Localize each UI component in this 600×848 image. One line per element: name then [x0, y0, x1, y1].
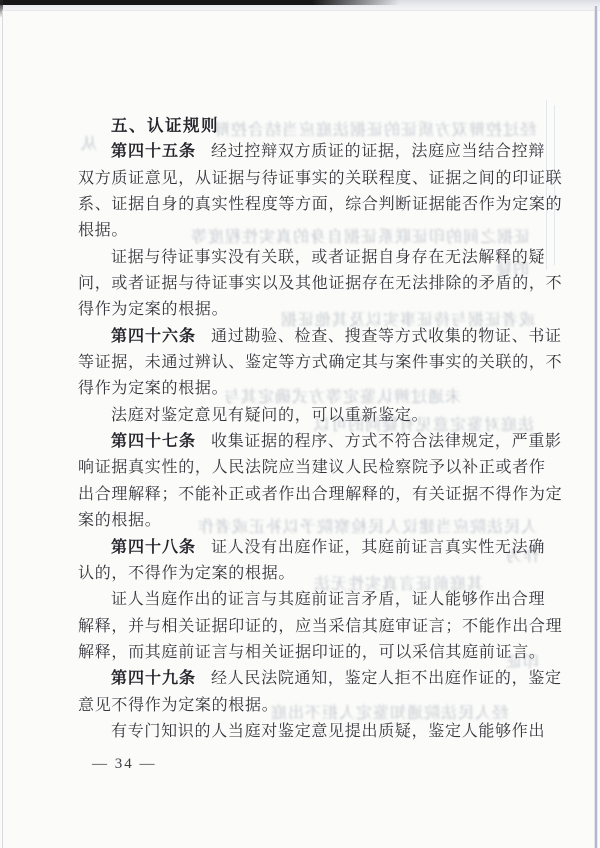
text-line: 得作为定案的根据。 — [78, 376, 536, 402]
text-line: 问，或者证据与待证事实以及其他证据存在无法排除的矛盾的，不 — [78, 271, 536, 297]
text-line: 第四十七条收集证据的程序、方式不符合法律规定，严重影 — [78, 429, 536, 455]
scanned-document-page: 经过控辩双方质证的证据法庭应当结合控辩 从 证据之间的印证联系证据自身的真实性程… — [0, 0, 600, 848]
page-left-edge-line — [2, 10, 3, 848]
text-line: 第四十六条通过勘验、检查、搜查等方式收集的物证、书证 — [78, 324, 536, 350]
text-line: 系、证据自身的真实性程度等方面，综合判断证据能否作为定案的 — [78, 192, 536, 218]
page-number: — 34 — — [92, 756, 157, 773]
text-line: 解释，而其庭前证言与相关证据印证的，可以采信其庭前证言。 — [78, 640, 536, 666]
line-text: 问，或者证据与待证事实以及其他证据存在无法排除的矛盾的，不 — [78, 275, 562, 292]
line-text: 收集证据的程序、方式不符合法律规定，严重影 — [211, 433, 562, 450]
line-text: 得作为定案的根据。 — [78, 380, 228, 397]
text-line: 证人当庭作出的证言与其庭前证言矛盾，证人能够作出合理 — [78, 587, 536, 613]
line-text: 有专门知识的人当庭对鉴定意见提出质疑，鉴定人能够作出 — [111, 723, 545, 740]
line-text: 得作为定案的根据。 — [78, 301, 228, 318]
text-line: 法庭对鉴定意见有疑问的，可以重新鉴定。 — [78, 403, 536, 429]
text-line: 等证据，未通过辨认、鉴定等方式确定其与案件事实的关联的，不 — [78, 350, 536, 376]
text-line: 第四十五条经过控辩双方质证的证据，法庭应当结合控辩 — [78, 139, 536, 165]
text-line: 第四十九条经人民法院通知，鉴定人拒不出庭作证的，鉴定 — [78, 666, 536, 692]
line-text: 响证据真实性的，人民法院应当建议人民检察院予以补正或者作 — [78, 459, 546, 476]
scanner-edge-bar — [0, 0, 400, 5]
article-number: 第四十八条 — [111, 539, 196, 556]
line-text: 系、证据自身的真实性程度等方面，综合判断证据能否作为定案的 — [78, 196, 562, 213]
text-line: 出合理解释；不能补正或者作出合理解释的，有关证据不得作为定 — [78, 482, 536, 508]
text-line: 案的根据。 — [78, 508, 536, 534]
line-text: 解释，并与相关证据印证的，应当采信其庭审证言；不能作出合理 — [78, 618, 562, 635]
text-line: 证据与待证事实没有关联，或者证据自身存在无法解释的疑 — [78, 245, 536, 271]
text-line: 响证据真实性的，人民法院应当建议人民检察院予以补正或者作 — [78, 455, 536, 481]
text-line: 五、认证规则 — [78, 113, 536, 139]
line-text: 证据与待证事实没有关联，或者证据自身存在无法解释的疑 — [111, 249, 545, 266]
line-text: 法庭对鉴定意见有疑问的，可以重新鉴定。 — [111, 407, 428, 424]
article-number: 第四十六条 — [111, 328, 196, 345]
line-text: 经人民法院通知，鉴定人拒不出庭作证的，鉴定 — [211, 670, 562, 687]
line-text: 出合理解释；不能补正或者作出合理解释的，有关证据不得作为定 — [78, 486, 562, 503]
text-line: 第四十八条证人没有出庭作证，其庭前证言真实性无法确 — [78, 535, 536, 561]
line-text: 五、认证规则 — [111, 116, 219, 135]
line-text: 等证据，未通过辨认、鉴定等方式确定其与案件事实的关联的，不 — [78, 354, 562, 371]
document-body: 五、认证规则第四十五条经过控辩双方质证的证据，法庭应当结合控辩双方质证意见，从证… — [78, 113, 536, 745]
line-text: 双方质证意见，从证据与待证事实的关联程度、证据之间的印证联 — [78, 170, 562, 187]
line-text: 通过勘验、检查、搜查等方式收集的物证、书证 — [211, 328, 562, 345]
line-text: 解释，而其庭前证言与相关证据印证的，可以采信其庭前证言。 — [78, 644, 546, 661]
line-text: 证人没有出庭作证，其庭前证言真实性无法确 — [211, 539, 545, 556]
line-text: 案的根据。 — [78, 512, 162, 529]
text-line: 意见不得作为定案的根据。 — [78, 693, 536, 719]
line-text: 意见不得作为定案的根据。 — [78, 697, 278, 714]
article-number: 第四十九条 — [111, 670, 196, 687]
text-line: 得作为定案的根据。 — [78, 297, 536, 323]
line-text: 根据。 — [78, 222, 128, 239]
text-line: 认的，不得作为定案的根据。 — [78, 561, 536, 587]
text-line: 有专门知识的人当庭对鉴定意见提出质疑，鉴定人能够作出 — [78, 719, 536, 745]
text-line: 双方质证意见，从证据与待证事实的关联程度、证据之间的印证联 — [78, 166, 536, 192]
article-number: 第四十七条 — [111, 433, 196, 450]
article-number: 第四十五条 — [111, 143, 196, 160]
page-right-edge-line — [595, 6, 597, 848]
line-text: 经过控辩双方质证的证据，法庭应当结合控辩 — [211, 143, 545, 160]
line-text: 认的，不得作为定案的根据。 — [78, 565, 295, 582]
line-text: 证人当庭作出的证言与其庭前证言矛盾，证人能够作出合理 — [111, 591, 545, 608]
text-line: 解释，并与相关证据印证的，应当采信其庭审证言；不能作出合理 — [78, 614, 536, 640]
text-line: 根据。 — [78, 218, 536, 244]
